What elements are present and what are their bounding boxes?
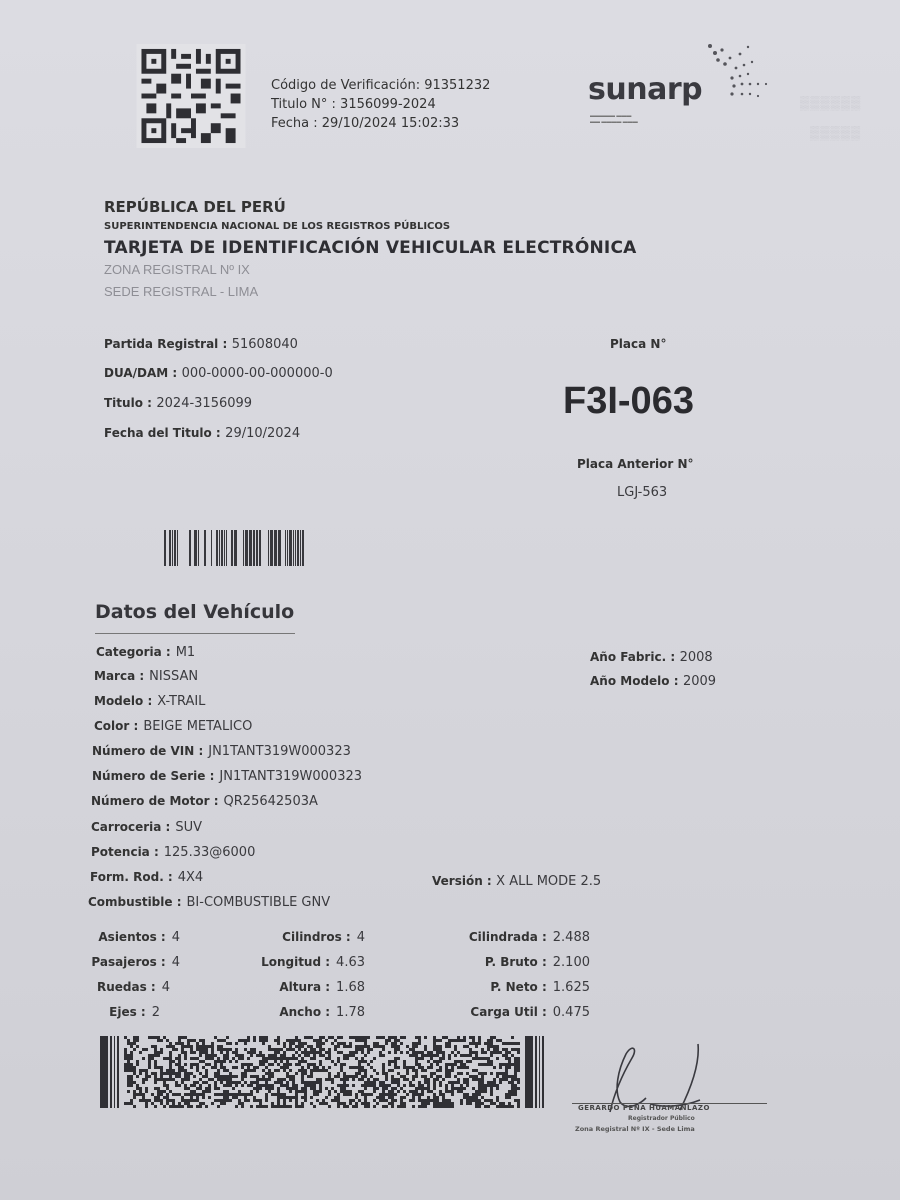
year-fabric-label: Año Fabric. : xyxy=(590,650,675,664)
vehicle-field-label: Combustible : xyxy=(88,895,182,909)
partida-value: 51608040 xyxy=(232,337,298,352)
spec-label: Ejes : xyxy=(109,1005,146,1019)
vehicle-field: Categoria :M1 xyxy=(96,643,195,661)
vehicle-field-label: Categoria : xyxy=(96,645,171,659)
vehicle-field-value: X-TRAIL xyxy=(157,694,205,709)
dua-field: DUA/DAM : 000-0000-00-000000-0 xyxy=(104,364,333,382)
spec-field: P. Bruto :2.100 xyxy=(485,953,590,971)
vehicle-field: Form. Rod. :4X4 xyxy=(90,868,203,886)
spec-label: Cilindros : xyxy=(282,930,351,944)
year-fabric-field: Año Fabric. : 2008 xyxy=(590,648,713,666)
sunarp-logo: sunarp xyxy=(588,72,702,107)
vehicle-field: Número de Serie :JN1TANT319W000323 xyxy=(92,767,362,785)
year-fabric-value: 2008 xyxy=(680,650,713,665)
superintendency-heading: SUPERINTENDENCIA NACIONAL DE LOS REGISTR… xyxy=(104,221,450,232)
qr-code-icon xyxy=(136,44,246,148)
version-value: X ALL MODE 2.5 xyxy=(496,874,601,889)
spec-field: Ancho :1.78 xyxy=(279,1003,365,1021)
spec-field: Asientos :4 xyxy=(98,928,180,946)
section-divider xyxy=(95,633,295,634)
vehicle-field-label: Número de Serie : xyxy=(92,769,214,783)
vehicle-field-label: Potencia : xyxy=(91,845,159,859)
spec-label: Longitud : xyxy=(261,955,330,969)
vehicle-field-value: JN1TANT319W000323 xyxy=(208,744,351,759)
spec-value: 1.625 xyxy=(553,980,590,995)
plate-number: F3I-063 xyxy=(563,380,694,423)
year-model-field: Año Modelo : 2009 xyxy=(590,672,716,690)
vehicle-field-value: 4X4 xyxy=(178,870,203,885)
registry-seat: SEDE REGISTRAL - LIMA xyxy=(104,284,258,299)
fecha-titulo-value: 29/10/2024 xyxy=(225,426,300,441)
title-number: Titulo N° : 3156099-2024 xyxy=(271,95,490,114)
vehicle-field: Número de Motor :QR25642503A xyxy=(91,792,318,810)
vehicle-field-label: Marca : xyxy=(94,669,144,683)
plate-label: Placa N° xyxy=(610,337,666,351)
pdf417-barcode-icon xyxy=(100,1036,545,1108)
fecha-titulo-label: Fecha del Titulo : xyxy=(104,426,221,440)
spec-field: Longitud :4.63 xyxy=(261,953,365,971)
spec-value: 4.63 xyxy=(336,955,365,970)
vehicle-section-title: Datos del Vehículo xyxy=(95,601,294,623)
spec-field: Ruedas :4 xyxy=(97,978,170,996)
spec-field: P. Neto :1.625 xyxy=(490,978,590,996)
spec-value: 1.68 xyxy=(336,980,365,995)
vehicle-field: Marca :NISSAN xyxy=(94,667,198,685)
vehicle-field-label: Número de VIN : xyxy=(92,744,203,758)
spec-value: 4 xyxy=(357,930,365,945)
vehicle-field: Carroceria :SUV xyxy=(91,818,202,836)
year-model-value: 2009 xyxy=(683,674,716,689)
vehicle-field-value: 125.33@6000 xyxy=(164,845,256,860)
spec-field: Altura :1.68 xyxy=(279,978,365,996)
registrar-zone: Zona Registral Nº IX - Sede Lima xyxy=(575,1125,695,1133)
year-model-label: Año Modelo : xyxy=(590,674,679,688)
previous-plate-value: LGJ-563 xyxy=(617,485,667,500)
spec-value: 0.475 xyxy=(553,1005,590,1020)
vehicle-field-label: Modelo : xyxy=(94,694,152,708)
fecha-titulo-field: Fecha del Titulo : 29/10/2024 xyxy=(104,424,300,442)
partida-label: Partida Registral : xyxy=(104,337,227,351)
spec-value: 4 xyxy=(172,955,180,970)
vehicle-field-value: M1 xyxy=(176,645,196,660)
spec-label: Pasajeros : xyxy=(91,955,165,969)
spec-value: 2.488 xyxy=(553,930,590,945)
registry-zone: ZONA REGISTRAL Nº IX xyxy=(104,262,250,277)
vehicle-field-label: Carroceria : xyxy=(91,820,170,834)
spec-label: Cilindrada : xyxy=(469,930,547,944)
vehicle-field-label: Color : xyxy=(94,719,138,733)
dua-value: 000-0000-00-000000-0 xyxy=(182,366,333,381)
bleed-through-text: ▒▒▒▒▒▒ xyxy=(800,95,861,110)
spec-label: Ancho : xyxy=(279,1005,330,1019)
issue-datetime: Fecha : 29/10/2024 15:02:33 xyxy=(271,114,490,133)
vehicle-field: Color :BEIGE METALICO xyxy=(94,717,252,735)
spec-label: P. Bruto : xyxy=(485,955,547,969)
dua-label: DUA/DAM : xyxy=(104,366,177,380)
spec-value: 2.100 xyxy=(553,955,590,970)
barcode-icon xyxy=(162,530,307,566)
document-title: TARJETA DE IDENTIFICACIÓN VEHICULAR ELEC… xyxy=(104,238,636,258)
titulo-field: Titulo : 2024-3156099 xyxy=(104,394,252,412)
vehicle-field: Número de VIN :JN1TANT319W000323 xyxy=(92,742,351,760)
logo-text: sunarp xyxy=(588,72,702,107)
partida-field: Partida Registral : 51608040 xyxy=(104,335,298,353)
sunarp-dots-icon xyxy=(690,40,775,120)
spec-value: 1.78 xyxy=(336,1005,365,1020)
spec-field: Carga Util :0.475 xyxy=(470,1003,590,1021)
titulo-label: Titulo : xyxy=(104,396,152,410)
verification-block: Código de Verificación: 91351232 Titulo … xyxy=(271,76,490,133)
spec-value: 2 xyxy=(152,1005,160,1020)
verification-code: Código de Verificación: 91351232 xyxy=(271,76,490,95)
vehicle-field: Modelo :X-TRAIL xyxy=(94,692,205,710)
logo-tagline: ▬▬▬▬▬ ▬▬▬▬▬ ▬▬▬▬ ▬▬▬ xyxy=(590,113,680,125)
spec-field: Ejes :2 xyxy=(109,1003,160,1021)
republic-heading: REPÚBLICA DEL PERÚ xyxy=(104,198,286,216)
vehicle-field-label: Número de Motor : xyxy=(91,794,219,808)
previous-plate-label: Placa Anterior N° xyxy=(577,457,694,471)
vehicle-field-value: BI-COMBUSTIBLE GNV xyxy=(187,895,331,910)
vehicle-field-label: Form. Rod. : xyxy=(90,870,173,884)
registrar-name: GERARDO PEÑA HUAMANLAZO xyxy=(578,1104,710,1112)
vehicle-field: Potencia :125.33@6000 xyxy=(91,843,255,861)
version-label: Versión : xyxy=(432,874,492,888)
vehicle-field-value: QR25642503A xyxy=(224,794,318,809)
spec-label: P. Neto : xyxy=(490,980,546,994)
spec-value: 4 xyxy=(172,930,180,945)
version-field: Versión : X ALL MODE 2.5 xyxy=(432,872,601,890)
spec-value: 4 xyxy=(162,980,170,995)
titulo-value: 2024-3156099 xyxy=(156,396,252,411)
spec-label: Altura : xyxy=(279,980,330,994)
vehicle-field-value: NISSAN xyxy=(149,669,198,684)
spec-label: Asientos : xyxy=(98,930,165,944)
vehicle-field-value: BEIGE METALICO xyxy=(143,719,252,734)
spec-label: Ruedas : xyxy=(97,980,156,994)
bleed-through-text: ▒▒▒▒▒ xyxy=(810,125,861,140)
spec-field: Cilindrada :2.488 xyxy=(469,928,590,946)
spec-label: Carga Util : xyxy=(470,1005,546,1019)
vehicle-field-value: SUV xyxy=(175,820,202,835)
registrar-role: Registrador Público xyxy=(628,1115,695,1122)
spec-field: Pasajeros :4 xyxy=(91,953,180,971)
spec-field: Cilindros :4 xyxy=(282,928,365,946)
vehicle-field-value: JN1TANT319W000323 xyxy=(219,769,362,784)
vehicle-field: Combustible :BI-COMBUSTIBLE GNV xyxy=(88,893,330,911)
